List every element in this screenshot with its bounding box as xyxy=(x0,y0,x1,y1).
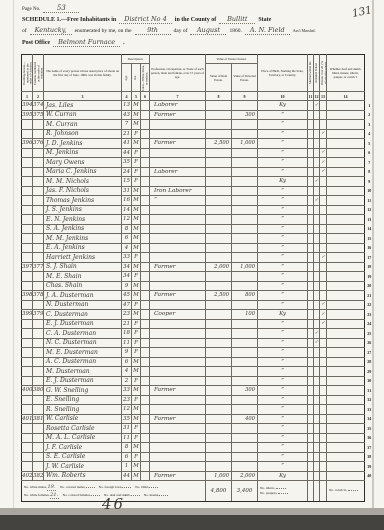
cell-occupation xyxy=(150,158,206,168)
tally-value: 19. xyxy=(47,484,56,491)
header-school: Attended School within the year. xyxy=(314,55,320,92)
table-row: Maria C. Jenkins24FLaborer”✓8 xyxy=(22,167,374,177)
cell-real_estate xyxy=(206,272,232,282)
cell-personal_estate xyxy=(232,167,258,177)
cell-age: 15 xyxy=(122,177,132,187)
tally-label: No. white females, xyxy=(24,493,50,497)
cell-remarks xyxy=(327,110,365,120)
cell-real_estate xyxy=(206,433,232,443)
cell-remarks xyxy=(327,310,365,320)
cell-name: Thomas Jenkins xyxy=(44,196,122,206)
cell-birthplace: ” xyxy=(258,291,308,301)
table-row: M. A. L. Carlisle11F”36 xyxy=(22,433,374,443)
table-row: M. E. Dusterman9F”27 xyxy=(22,348,374,358)
cell-name: Jas. Liles xyxy=(44,101,122,111)
cell-name: J. F. Carlisle xyxy=(44,443,122,453)
col-number: 4 xyxy=(122,92,132,101)
cell-personal_estate xyxy=(232,376,258,386)
header-real-estate: Value of Real Estate. xyxy=(206,64,232,92)
cell-personal_estate: 1,000 xyxy=(232,139,258,149)
cell-name: Maria C. Jenkins xyxy=(44,167,122,177)
cell-color xyxy=(141,177,150,187)
cell-personal_estate xyxy=(232,205,258,215)
cell-color xyxy=(141,272,150,282)
paupers-label: No. paupers, xyxy=(260,491,277,495)
cell-cannot_read xyxy=(320,376,327,386)
cell-remarks xyxy=(327,281,365,291)
cell-remarks xyxy=(327,262,365,272)
cell-personal_estate xyxy=(232,101,258,111)
cell-birthplace: ” xyxy=(258,452,308,462)
cell-birthplace: ” xyxy=(258,196,308,206)
header-personal-estate: Value of Personal Estate. xyxy=(232,64,258,92)
cell-cannot_read xyxy=(320,357,327,367)
cell-dwelling xyxy=(22,234,33,244)
cell-name: S. A. Jenkins xyxy=(44,224,122,234)
cell-family xyxy=(33,215,44,225)
cell-sex: F xyxy=(132,300,141,310)
cell-dwelling: 399 xyxy=(22,310,33,320)
cell-color xyxy=(141,329,150,339)
table-row: M. E. Shain34F”19 xyxy=(22,272,374,282)
cell-birthplace: ” xyxy=(258,205,308,215)
cell-cannot_read xyxy=(320,120,327,130)
cell-age: 4 xyxy=(122,243,132,253)
cell-name: N. Dusterman xyxy=(44,300,122,310)
cell-real_estate xyxy=(206,110,232,120)
cell-cannot_read: ✓ xyxy=(320,167,327,177)
table-row: Thomas Jenkins16M””✓11 xyxy=(22,196,374,206)
cell-sex: M xyxy=(132,110,141,120)
cell-remarks xyxy=(327,386,365,396)
county-label: in the County of xyxy=(175,17,217,23)
cell-personal_estate xyxy=(232,462,258,472)
cell-personal_estate xyxy=(232,177,258,187)
tally-label: No. colored females, xyxy=(63,493,91,497)
cell-cannot_read xyxy=(320,186,327,196)
cell-color xyxy=(141,215,150,225)
table-row: 395375W. Curran43MFarmer300”2 xyxy=(22,110,374,120)
cell-family xyxy=(33,186,44,196)
cell-sex: M xyxy=(132,262,141,272)
table-row: 396376J. D. Jenkins41MFarmer2,5001,000”5 xyxy=(22,139,374,149)
cell-birthplace: ” xyxy=(258,167,308,177)
line-number: 20 xyxy=(365,281,374,291)
header-value-group: Value of Estate Owned. xyxy=(206,55,258,64)
cell-color xyxy=(141,253,150,263)
table-row: 394374Jas. Liles13MLaborerKy✓1 xyxy=(22,101,374,111)
line-number: 5 xyxy=(365,139,374,149)
cell-family xyxy=(33,405,44,415)
cell-personal_estate xyxy=(232,338,258,348)
cell-name: C. Dusterman xyxy=(44,310,122,320)
cell-remarks xyxy=(327,424,365,434)
cell-birthplace: ” xyxy=(258,348,308,358)
cell-name: M. M. Jenkins xyxy=(44,234,122,244)
table-row: 400380G. W. Snelling33MFarmer300”31 xyxy=(22,386,374,396)
cell-age: 31 xyxy=(122,186,132,196)
line-number: 27 xyxy=(365,348,374,358)
cell-remarks xyxy=(327,329,365,339)
col-number: 10 xyxy=(258,92,308,101)
cell-personal_estate: 2,000 xyxy=(232,471,258,481)
cell-age: 8 xyxy=(122,224,132,234)
scan-artifact-band-dark xyxy=(0,515,384,530)
of-word: of xyxy=(22,28,27,34)
cell-birthplace: ” xyxy=(258,300,308,310)
cell-age: 41 xyxy=(122,139,132,149)
cell-color xyxy=(141,120,150,130)
cell-dwelling xyxy=(22,129,33,139)
cell-family xyxy=(33,243,44,253)
cell-cannot_read xyxy=(320,291,327,301)
cell-name: E. J. Dusterman xyxy=(44,319,122,329)
cell-dwelling xyxy=(22,148,33,158)
cell-real_estate xyxy=(206,281,232,291)
cell-age: 13 xyxy=(122,101,132,111)
cell-real_estate: 2,500 xyxy=(206,139,232,149)
page-number-line: Page No. 53 xyxy=(22,4,79,13)
cell-birthplace: ” xyxy=(258,215,308,225)
cell-age: 7 xyxy=(122,120,132,130)
table-row: C. A. Dusterman18F”✓25 xyxy=(22,329,374,339)
marshal-signature: A. N. Field xyxy=(245,26,290,35)
cell-real_estate: 2,500 xyxy=(206,291,232,301)
cell-sex: M xyxy=(132,120,141,130)
cell-color xyxy=(141,300,150,310)
cell-remarks xyxy=(327,148,365,158)
county-value: Bullitt xyxy=(219,15,255,24)
cell-personal_estate: 400 xyxy=(232,414,258,424)
cell-family xyxy=(33,281,44,291)
header-birthplace: Place of Birth, Naming the State, Territ… xyxy=(258,55,308,92)
tally-pair: No. colored females, xyxy=(63,493,100,497)
cell-family xyxy=(33,148,44,158)
cell-family xyxy=(33,177,44,187)
cell-sex: M xyxy=(132,224,141,234)
schedule-title-line: SCHEDULE 1.—Free Inhabitants in District… xyxy=(22,15,271,24)
cell-occupation: Farmer xyxy=(150,291,206,301)
cell-dwelling xyxy=(22,462,33,472)
cell-family xyxy=(33,253,44,263)
line-number: 32 xyxy=(365,395,374,405)
cell-occupation: Farmer xyxy=(150,471,206,481)
cell-dwelling xyxy=(22,338,33,348)
cell-remarks xyxy=(327,452,365,462)
cell-birthplace: ” xyxy=(258,414,308,424)
cell-personal_estate: 100 xyxy=(232,310,258,320)
table-footer: No. white males,19.No. colored males,No.… xyxy=(22,481,374,502)
cell-color xyxy=(141,167,150,177)
cell-family xyxy=(33,338,44,348)
cell-dwelling: 394 xyxy=(22,101,33,111)
cell-occupation xyxy=(150,281,206,291)
line-number: 37 xyxy=(365,443,374,453)
cell-name: M. M. Nichols xyxy=(44,177,122,187)
cell-name: Mary Owens xyxy=(44,158,122,168)
cell-family xyxy=(33,452,44,462)
cell-age: 45 xyxy=(122,291,132,301)
tally-value xyxy=(91,495,100,496)
cell-remarks xyxy=(327,196,365,206)
cell-occupation xyxy=(150,329,206,339)
tally-pair: No. foreign born, xyxy=(99,485,132,489)
tally-pair: No. blind, xyxy=(135,485,158,489)
cell-remarks xyxy=(327,319,365,329)
cell-real_estate xyxy=(206,319,232,329)
cell-name: W. Curran xyxy=(44,110,122,120)
page-number-label: Page No. xyxy=(22,7,40,12)
cell-personal_estate xyxy=(232,357,258,367)
idiotic-blank xyxy=(276,488,286,489)
cell-color xyxy=(141,319,150,329)
cell-real_estate xyxy=(206,329,232,339)
cell-real_estate xyxy=(206,234,232,244)
post-office-line: Post Office Belmont Furnace . xyxy=(22,38,125,47)
cell-dwelling xyxy=(22,243,33,253)
cell-occupation xyxy=(150,129,206,139)
cell-birthplace: ” xyxy=(258,139,308,149)
cell-sex: F xyxy=(132,395,141,405)
cell-occupation xyxy=(150,405,206,415)
table-row: Harriett Jenkins33F”✓17 xyxy=(22,253,374,263)
cell-cannot_read xyxy=(320,405,327,415)
cell-remarks xyxy=(327,405,365,415)
cell-color xyxy=(141,110,150,120)
cell-age: 1 xyxy=(122,462,132,472)
cell-age: 16 xyxy=(122,196,132,206)
cell-family xyxy=(33,120,44,130)
cell-name: S. J. Shain xyxy=(44,262,122,272)
cell-occupation: Iron Laborer xyxy=(150,186,206,196)
cell-cannot_read xyxy=(320,424,327,434)
month-value: August xyxy=(190,26,226,35)
cell-occupation xyxy=(150,348,206,358)
header-sex: Sex. xyxy=(132,64,141,92)
line-number: 29 xyxy=(365,367,374,377)
cell-color xyxy=(141,262,150,272)
cell-cannot_read: ✓ xyxy=(320,148,327,158)
line-number: 36 xyxy=(365,433,374,443)
cell-color xyxy=(141,281,150,291)
cell-cannot_read: ✓ xyxy=(320,300,327,310)
cell-birthplace: ” xyxy=(258,272,308,282)
cell-occupation xyxy=(150,215,206,225)
table-row: M. Jenkins44F”✓6 xyxy=(22,148,374,158)
cell-birthplace: Ky xyxy=(258,101,308,111)
cell-name: J. A. Dusterman xyxy=(44,291,122,301)
header-description-group: Description. xyxy=(122,55,150,64)
cell-personal_estate xyxy=(232,243,258,253)
cell-real_estate xyxy=(206,367,232,377)
cell-cannot_read xyxy=(320,414,327,424)
cell-real_estate xyxy=(206,405,232,415)
cell-family xyxy=(33,357,44,367)
cell-family xyxy=(33,348,44,358)
cell-age: 23 xyxy=(122,310,132,320)
cell-real_estate: 1,000 xyxy=(206,471,232,481)
cell-sex: M xyxy=(132,462,141,472)
cell-personal_estate xyxy=(232,395,258,405)
table-row: M. Dusterman4M”29 xyxy=(22,367,374,377)
page-stamp: 131 xyxy=(351,4,373,20)
cell-dwelling: 401 xyxy=(22,414,33,424)
cell-personal_estate xyxy=(232,281,258,291)
header-name: The name of every person whose usual pla… xyxy=(44,55,122,92)
footer-convicts: No. convicts, xyxy=(327,481,365,502)
cell-remarks xyxy=(327,205,365,215)
tally-label: No. blind, xyxy=(135,485,149,489)
table-row: S. E. Carlisle6F”38 xyxy=(22,452,374,462)
cell-age: 47 xyxy=(122,300,132,310)
cell-sex: M xyxy=(132,405,141,415)
line-number: 11 xyxy=(365,196,374,206)
cell-cannot_read xyxy=(320,234,327,244)
cell-real_estate xyxy=(206,395,232,405)
cell-color xyxy=(141,243,150,253)
cell-birthplace: ” xyxy=(258,405,308,415)
cell-occupation xyxy=(150,205,206,215)
cell-occupation xyxy=(150,424,206,434)
cell-dwelling xyxy=(22,376,33,386)
cell-dwelling xyxy=(22,215,33,225)
footer-tally-line-1: No. white males,19.No. colored males,No.… xyxy=(24,484,203,491)
cell-birthplace: ” xyxy=(258,395,308,405)
line-number: 18 xyxy=(365,262,374,272)
cell-name: E. Snelling xyxy=(44,395,122,405)
cell-cannot_read: ✓ xyxy=(320,310,327,320)
cell-dwelling: 400 xyxy=(22,386,33,396)
header-cannot-read: Persons over 20 y'rs of age who cannot r… xyxy=(320,55,327,92)
cell-sex: F xyxy=(132,424,141,434)
cell-real_estate xyxy=(206,167,232,177)
footer-idiotic-paupers: No. idiotic, No. paupers, xyxy=(258,481,308,502)
cell-color xyxy=(141,129,150,139)
line-number: 19 xyxy=(365,272,374,282)
cell-cannot_read xyxy=(320,139,327,149)
cell-real_estate xyxy=(206,101,232,111)
cell-personal_estate xyxy=(232,329,258,339)
cell-birthplace: Ky xyxy=(258,310,308,320)
col-number: 8 xyxy=(206,92,232,101)
line-number: 24 xyxy=(365,319,374,329)
cell-family xyxy=(33,234,44,244)
census-table: Dwelling-houses—numbered in the order of… xyxy=(21,54,374,502)
cell-age: 35 xyxy=(122,414,132,424)
enumeration-line: of Kentucky, enumerated by me, on the 9t… xyxy=(22,26,316,35)
cell-age: 14 xyxy=(122,205,132,215)
cell-real_estate xyxy=(206,424,232,434)
cell-sex: F xyxy=(132,148,141,158)
convicts-blank xyxy=(348,490,358,491)
cell-cannot_read: ✓ xyxy=(320,319,327,329)
cell-real_estate xyxy=(206,443,232,453)
cell-sex: M xyxy=(132,234,141,244)
line-number: 1 xyxy=(365,101,374,111)
cell-dwelling: 398 xyxy=(22,291,33,301)
table-header: Dwelling-houses—numbered in the order of… xyxy=(22,55,374,101)
footer-personal-estate-total: 3,400 xyxy=(232,481,258,502)
cell-real_estate xyxy=(206,129,232,139)
cell-sex: M xyxy=(132,357,141,367)
cell-age: 33 xyxy=(122,253,132,263)
line-number: 16 xyxy=(365,243,374,253)
cell-name: M. E. Shain xyxy=(44,272,122,282)
state-word: State xyxy=(258,17,271,23)
cell-birthplace: ” xyxy=(258,186,308,196)
table-row: E. J. Dusterman2F”30 xyxy=(22,376,374,386)
col-number: 13 xyxy=(320,92,327,101)
cell-name: M. Dusterman xyxy=(44,367,122,377)
cell-family xyxy=(33,319,44,329)
cell-family xyxy=(33,196,44,206)
cell-sex: F xyxy=(132,376,141,386)
cell-dwelling xyxy=(22,433,33,443)
cell-cannot_read: ✓ xyxy=(320,158,327,168)
cell-real_estate xyxy=(206,196,232,206)
cell-dwelling xyxy=(22,186,33,196)
line-number: 4 xyxy=(365,129,374,139)
cell-cannot_read xyxy=(320,205,327,215)
footer-empty-13 xyxy=(320,481,327,502)
col-number: 6 xyxy=(141,92,150,101)
cell-personal_estate xyxy=(232,253,258,263)
cell-remarks xyxy=(327,443,365,453)
cell-age: 43 xyxy=(122,110,132,120)
cell-cannot_read xyxy=(320,443,327,453)
cell-sex: F xyxy=(132,338,141,348)
cell-age: 6 xyxy=(122,452,132,462)
line-number: 8 xyxy=(365,167,374,177)
cell-sex: F xyxy=(132,129,141,139)
line-number: 21 xyxy=(365,291,374,301)
line-number: 31 xyxy=(365,386,374,396)
cell-remarks xyxy=(327,338,365,348)
line-number: 26 xyxy=(365,338,374,348)
cell-real_estate xyxy=(206,215,232,225)
cell-occupation xyxy=(150,376,206,386)
cell-color xyxy=(141,395,150,405)
cell-family xyxy=(33,395,44,405)
cell-cannot_read xyxy=(320,110,327,120)
cell-birthplace: ” xyxy=(258,224,308,234)
cell-sex: F xyxy=(132,348,141,358)
tally-value xyxy=(159,495,168,496)
cell-personal_estate xyxy=(232,234,258,244)
cell-remarks xyxy=(327,177,365,187)
line-number: 39 xyxy=(365,462,374,472)
cell-dwelling: 395 xyxy=(22,110,33,120)
cell-name: N. C. Dusterman xyxy=(44,338,122,348)
cell-family xyxy=(33,300,44,310)
cell-real_estate xyxy=(206,205,232,215)
line-number: 13 xyxy=(365,215,374,225)
cell-birthplace: ” xyxy=(258,338,308,348)
cell-dwelling xyxy=(22,205,33,215)
cell-name: S. E. Carlisle xyxy=(44,452,122,462)
cell-dwelling xyxy=(22,357,33,367)
line-number: 34 xyxy=(365,414,374,424)
cell-occupation xyxy=(150,120,206,130)
table-row: Chas. Shain9M”20 xyxy=(22,281,374,291)
cell-sex: F xyxy=(132,167,141,177)
header-family: Families numbered in the order of visita… xyxy=(33,55,44,92)
cell-color xyxy=(141,443,150,453)
cell-age: 9 xyxy=(122,348,132,358)
cell-cannot_read xyxy=(320,471,327,481)
cell-age: 31 xyxy=(122,424,132,434)
cell-age: 44 xyxy=(122,471,132,481)
